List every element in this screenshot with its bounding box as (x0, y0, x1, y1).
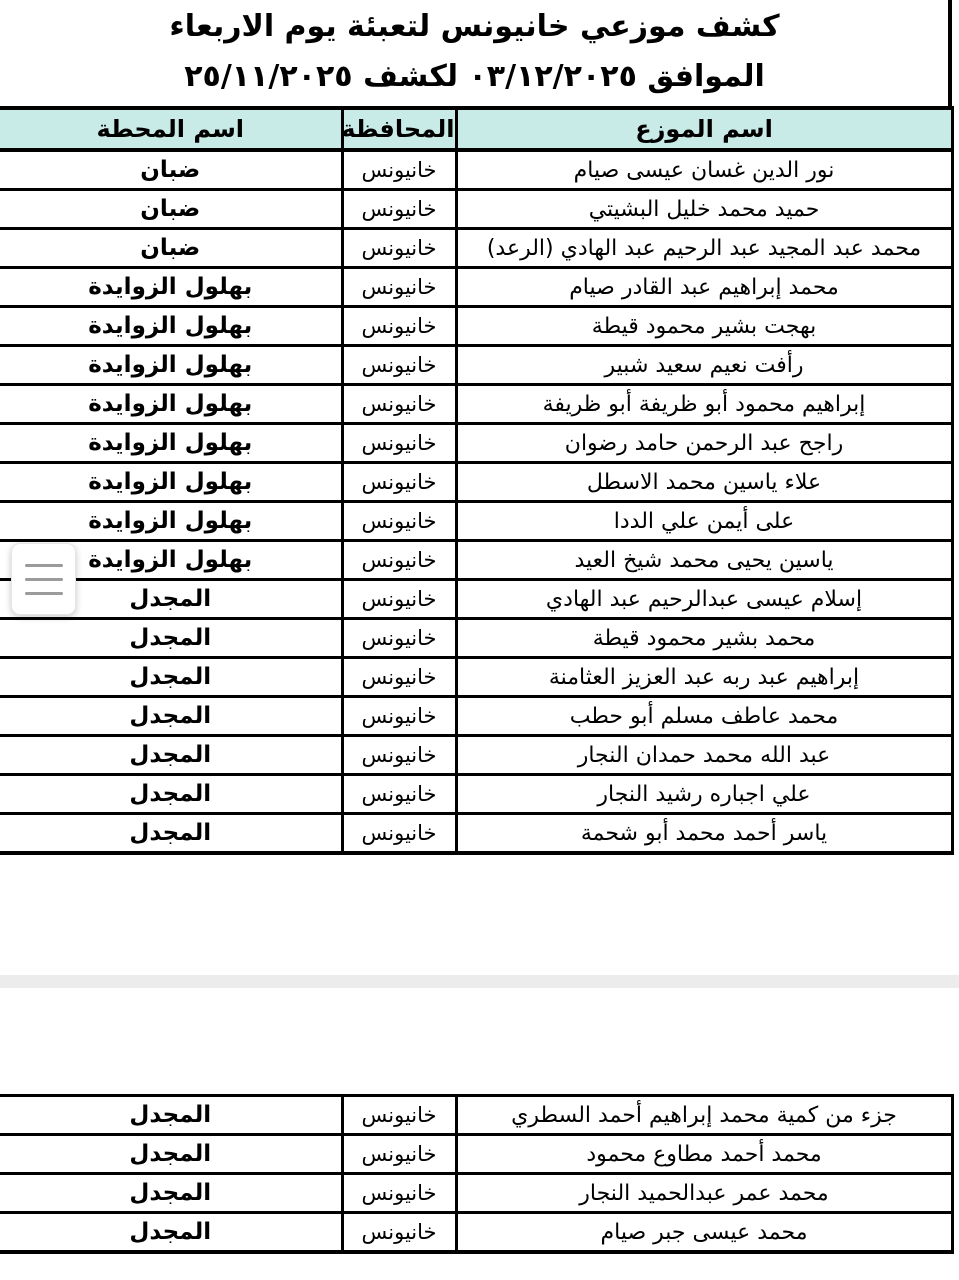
table-row: عبد الله محمد حمدان النجارخانيونسالمجدل (0, 736, 952, 775)
distributor-name-cell: إبراهيم محمود أبو ظريفة أبو ظريفة (456, 385, 952, 424)
distributor-name-cell: ياسر أحمد محمد أبو شحمة (456, 814, 952, 854)
page-break-band (0, 975, 959, 988)
governorate-cell: خانيونس (342, 150, 456, 190)
distributor-name-cell: نور الدين غسان عيسى صيام (456, 150, 952, 190)
station-cell: المجدل (0, 814, 342, 854)
distributor-name-cell: ياسين يحيى محمد شيخ العيد (456, 541, 952, 580)
table-row: محمد عاطف مسلم أبو حطبخانيونسالمجدل (0, 697, 952, 736)
governorate-cell: خانيونس (342, 190, 456, 229)
governorate-cell: خانيونس (342, 775, 456, 814)
distributor-name-cell: محمد عاطف مسلم أبو حطب (456, 697, 952, 736)
station-cell: المجدل (0, 1096, 342, 1135)
distributor-name-cell: محمد بشير محمود قيطة (456, 619, 952, 658)
governorate-cell: خانيونس (342, 1213, 456, 1253)
distributor-name-cell: محمد عبد المجيد عبد الرحيم عبد الهادي (ا… (456, 229, 952, 268)
distributor-name-cell: إسلام عيسى عبدالرحيم عبد الهادي (456, 580, 952, 619)
station-cell: المجدل (0, 1213, 342, 1253)
distributor-name-cell: حميد محمد خليل البشيتي (456, 190, 952, 229)
governorate-cell: خانيونس (342, 229, 456, 268)
table-row: محمد عمر عبدالحميد النجارخانيونسالمجدل (0, 1174, 952, 1213)
governorate-cell: خانيونس (342, 580, 456, 619)
station-cell: ضبان (0, 150, 342, 190)
governorate-cell: خانيونس (342, 1096, 456, 1135)
station-cell: بهلول الزوايدة (0, 307, 342, 346)
header-governorate: المحافظة (342, 108, 456, 150)
governorate-cell: خانيونس (342, 1174, 456, 1213)
table-row: جزء من كمية محمد إبراهيم أحمد السطريخاني… (0, 1096, 952, 1135)
distributor-name-cell: راجح عبد الرحمن حامد رضوان (456, 424, 952, 463)
distributor-name-cell: بهجت بشير محمود قيطة (456, 307, 952, 346)
page-title: كشف موزعي خانيونس لتعبئة يوم الاربعاء ال… (0, 2, 949, 102)
governorate-cell: خانيونس (342, 385, 456, 424)
table-row: علاء ياسين محمد الاسطلخانيونسبهلول الزوا… (0, 463, 952, 502)
table-row: رأفت نعيم سعيد شبيرخانيونسبهلول الزوايدة (0, 346, 952, 385)
title-line-1: كشف موزعي خانيونس لتعبئة يوم الاربعاء (0, 2, 949, 52)
table-row: راجح عبد الرحمن حامد رضوانخانيونسبهلول ا… (0, 424, 952, 463)
distributor-name-cell: محمد إبراهيم عبد القادر صيام (456, 268, 952, 307)
distributor-name-cell: علاء ياسين محمد الاسطل (456, 463, 952, 502)
table-row: على أيمن علي الدداخانيونسبهلول الزوايدة (0, 502, 952, 541)
document-page: كشف موزعي خانيونس لتعبئة يوم الاربعاء ال… (0, 0, 959, 1280)
governorate-cell: خانيونس (342, 658, 456, 697)
distributors-table-continued: جزء من كمية محمد إبراهيم أحمد السطريخاني… (0, 1094, 954, 1254)
governorate-cell: خانيونس (342, 697, 456, 736)
table-row: ياسين يحيى محمد شيخ العيدخانيونسبهلول ال… (0, 541, 952, 580)
station-cell: بهلول الزوايدة (0, 346, 342, 385)
governorate-cell: خانيونس (342, 502, 456, 541)
header-station-name: اسم المحطة (0, 108, 342, 150)
station-cell: ضبان (0, 190, 342, 229)
table-row: نور الدين غسان عيسى صيامخانيونسضبان (0, 150, 952, 190)
table-row: ياسر أحمد محمد أبو شحمةخانيونسالمجدل (0, 814, 952, 854)
distributor-name-cell: على أيمن علي الددا (456, 502, 952, 541)
station-cell: المجدل (0, 736, 342, 775)
table-row: بهجت بشير محمود قيطةخانيونسبهلول الزوايد… (0, 307, 952, 346)
distributor-name-cell: جزء من كمية محمد إبراهيم أحمد السطري (456, 1096, 952, 1135)
table-row: علي اجباره رشيد النجارخانيونسالمجدل (0, 775, 952, 814)
distributors-table: اسم الموزع المحافظة اسم المحطة نور الدين… (0, 106, 954, 855)
governorate-cell: خانيونس (342, 619, 456, 658)
table-row: إسلام عيسى عبدالرحيم عبد الهاديخانيونسال… (0, 580, 952, 619)
station-cell: بهلول الزوايدة (0, 502, 342, 541)
table-row: محمد إبراهيم عبد القادر صيامخانيونسبهلول… (0, 268, 952, 307)
governorate-cell: خانيونس (342, 814, 456, 854)
governorate-cell: خانيونس (342, 541, 456, 580)
governorate-cell: خانيونس (342, 424, 456, 463)
distributor-name-cell: محمد عمر عبدالحميد النجار (456, 1174, 952, 1213)
floating-menu-button[interactable] (11, 543, 76, 615)
hamburger-menu-icon (25, 564, 63, 595)
title-right-border (948, 0, 952, 108)
governorate-cell: خانيونس (342, 268, 456, 307)
table-row: حميد محمد خليل البشيتيخانيونسضبان (0, 190, 952, 229)
distributor-name-cell: عبد الله محمد حمدان النجار (456, 736, 952, 775)
governorate-cell: خانيونس (342, 1135, 456, 1174)
table-row: محمد بشير محمود قيطةخانيونسالمجدل (0, 619, 952, 658)
station-cell: المجدل (0, 1174, 342, 1213)
distributor-name-cell: علي اجباره رشيد النجار (456, 775, 952, 814)
governorate-cell: خانيونس (342, 736, 456, 775)
station-cell: المجدل (0, 697, 342, 736)
header-distributor-name: اسم الموزع (456, 108, 952, 150)
title-line-2: الموافق ٠٣/١٢/٢٠٢٥ لكشف ٢٥/١١/٢٠٢٥ (0, 52, 949, 102)
station-cell: المجدل (0, 1135, 342, 1174)
table-row: إبراهيم عبد ربه عبد العزيز العثامنةخانيو… (0, 658, 952, 697)
distributor-name-cell: رأفت نعيم سعيد شبير (456, 346, 952, 385)
governorate-cell: خانيونس (342, 307, 456, 346)
station-cell: بهلول الزوايدة (0, 424, 342, 463)
station-cell: المجدل (0, 658, 342, 697)
governorate-cell: خانيونس (342, 346, 456, 385)
table-row: محمد عيسى جبر صيامخانيونسالمجدل (0, 1213, 952, 1253)
station-cell: بهلول الزوايدة (0, 268, 342, 307)
distributor-name-cell: محمد أحمد مطاوع محمود (456, 1135, 952, 1174)
table-row: محمد أحمد مطاوع محمودخانيونسالمجدل (0, 1135, 952, 1174)
distributor-name-cell: محمد عيسى جبر صيام (456, 1213, 952, 1253)
table-header-row: اسم الموزع المحافظة اسم المحطة (0, 108, 952, 150)
table-row: إبراهيم محمود أبو ظريفة أبو ظريفةخانيونس… (0, 385, 952, 424)
governorate-cell: خانيونس (342, 463, 456, 502)
station-cell: بهلول الزوايدة (0, 385, 342, 424)
station-cell: المجدل (0, 619, 342, 658)
station-cell: المجدل (0, 775, 342, 814)
station-cell: بهلول الزوايدة (0, 463, 342, 502)
table-row: محمد عبد المجيد عبد الرحيم عبد الهادي (ا… (0, 229, 952, 268)
station-cell: ضبان (0, 229, 342, 268)
distributor-name-cell: إبراهيم عبد ربه عبد العزيز العثامنة (456, 658, 952, 697)
